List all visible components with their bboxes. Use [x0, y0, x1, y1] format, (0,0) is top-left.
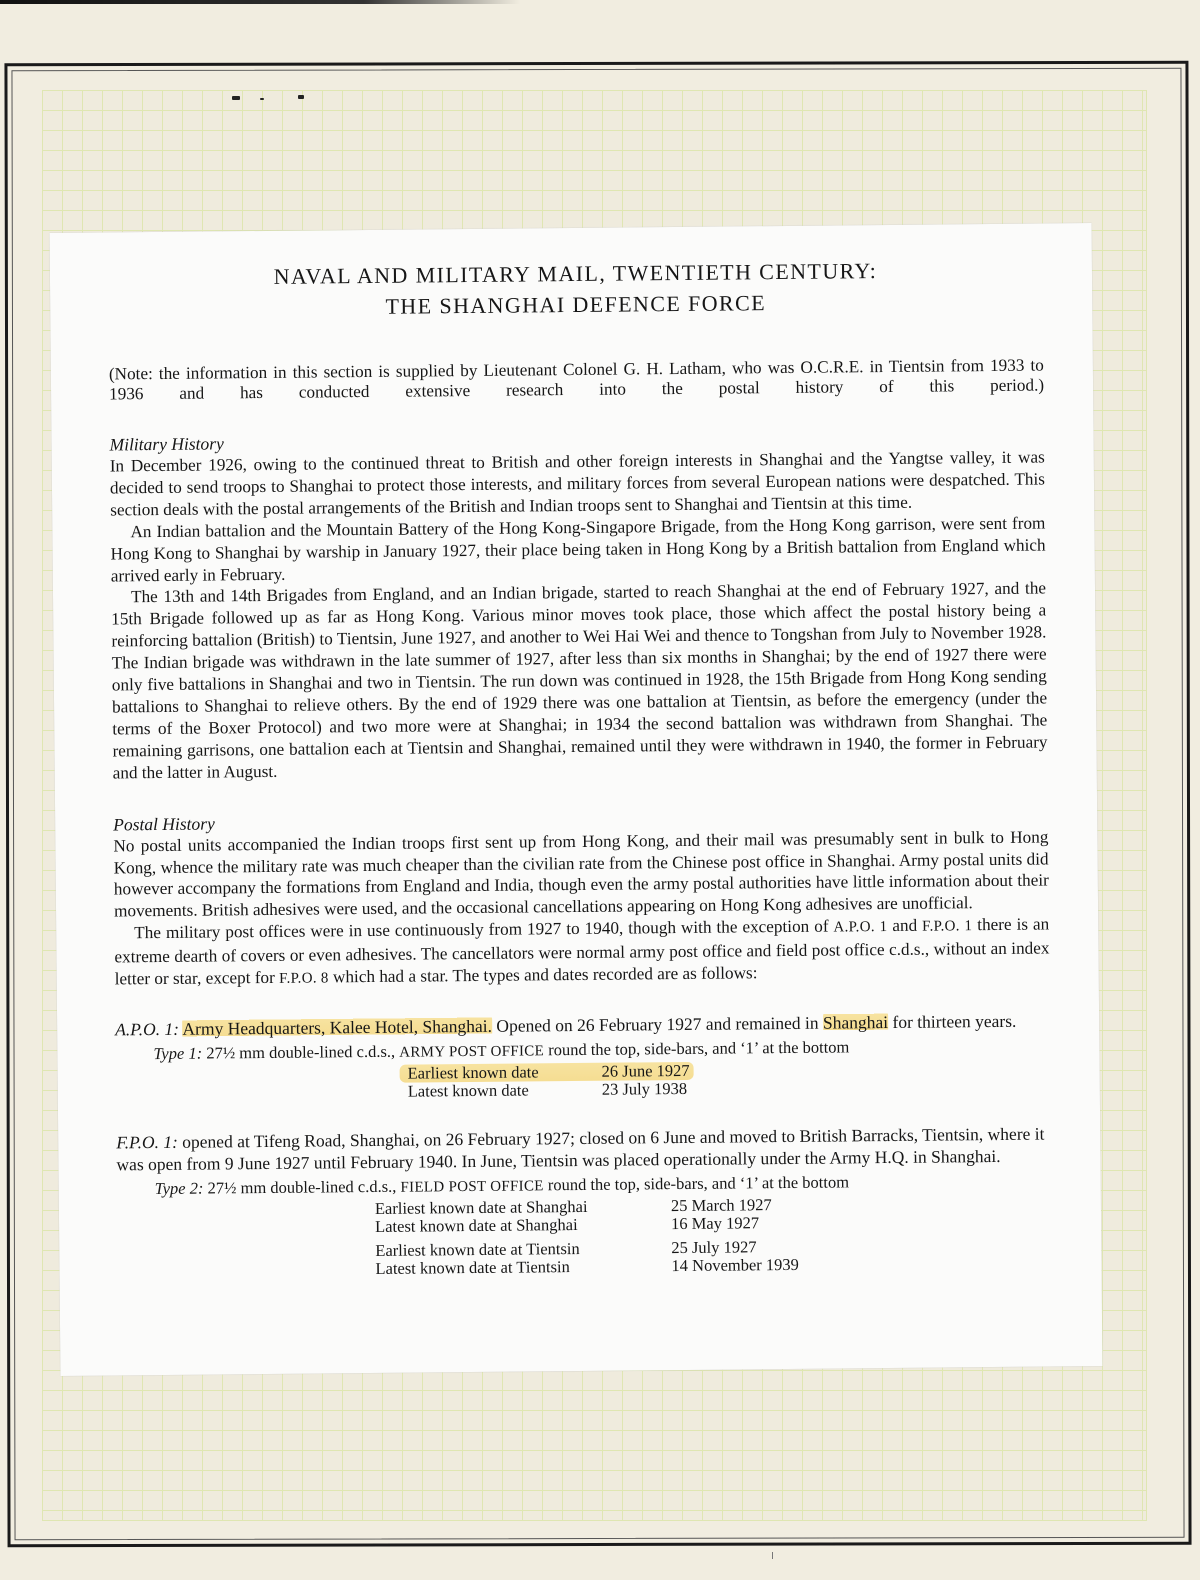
hinge-mark-icon	[232, 96, 240, 100]
date-label: Latest known date	[408, 1081, 602, 1101]
text-run: round the top, side-bars, and ‘1’ at the…	[544, 1172, 850, 1194]
apo1-dates-table: Earliest known date 26 June 1927 Latest …	[408, 1058, 1051, 1100]
apo1-label: A.P.O. 1:	[115, 1019, 179, 1040]
date-label: Latest known date at Shanghai	[375, 1215, 671, 1236]
date-value: 16 May 1927	[671, 1214, 759, 1233]
date-value: 25 March 1927	[671, 1196, 772, 1215]
postmark-inscription: ARMY POST OFFICE	[399, 1043, 544, 1060]
fpo1-dates-table: Earliest known date at Shanghai 25 March…	[375, 1193, 1053, 1277]
type-label: Type 1:	[153, 1044, 202, 1063]
date-row: Latest known date at Tientsin 14 Novembe…	[375, 1253, 1052, 1277]
hinge-mark-icon	[260, 98, 264, 100]
date-value: 26 June 1927	[602, 1062, 690, 1081]
highlighted-location: Army Headquarters, Kalee Hotel, Shanghai…	[182, 1016, 492, 1039]
date-label: Latest known date at Tientsin	[375, 1257, 671, 1278]
printed-insert: NAVAL AND MILITARY MAIL, TWENTIETH CENTU…	[50, 223, 1103, 1376]
fpo-ref: F.P.O. 1	[922, 918, 972, 934]
apo1-entry: A.P.O. 1: Army Headquarters, Kalee Hotel…	[115, 1009, 1050, 1040]
scan-edge-shadow	[0, 0, 520, 4]
postal-history-paragraph: The military post offices were in use co…	[114, 914, 1050, 993]
pencil-mark	[772, 1552, 773, 1559]
source-note: (Note: the information in this section i…	[109, 355, 1044, 404]
insert-content: NAVAL AND MILITARY MAIL, TWENTIETH CENTU…	[108, 253, 1053, 1280]
postal-history-paragraph: No postal units accompanied the Indian t…	[113, 826, 1049, 923]
text-run: round the top, side-bars, and ‘1’ at the…	[544, 1037, 850, 1059]
text-run: for thirteen years.	[888, 1011, 1016, 1032]
text-run: which had a star. The types and dates re…	[329, 963, 758, 986]
text-run: The military post offices were in use co…	[134, 917, 833, 943]
type-label: Type 2:	[155, 1179, 204, 1198]
date-value: 23 July 1938	[602, 1080, 687, 1099]
hinge-mark-icon	[298, 95, 304, 99]
page-title: NAVAL AND MILITARY MAIL, TWENTIETH CENTU…	[108, 253, 1044, 324]
text-run: mm double-lined c.d.s.,	[236, 1177, 400, 1198]
highlighted-place: Shanghai	[823, 1012, 888, 1033]
military-history-paragraph: The 13th and 14th Brigades from England,…	[111, 578, 1048, 784]
type-size: 27½	[207, 1178, 236, 1197]
text-run: and	[887, 916, 922, 935]
apo-ref: A.P.O. 1	[833, 919, 887, 936]
date-label: Earliest known date	[408, 1063, 602, 1083]
date-row: Latest known date 23 July 1938	[408, 1076, 1051, 1100]
fpo1-label: F.P.O. 1:	[116, 1132, 178, 1153]
type-size: 27½	[206, 1043, 235, 1062]
postmark-inscription: FIELD POST OFFICE	[400, 1178, 543, 1195]
title-line-2: THE SHANGHAI DEFENCE FORCE	[385, 290, 766, 319]
text-run: Opened on 26 February 1927 and remained …	[492, 1013, 823, 1036]
title-line-1: NAVAL AND MILITARY MAIL, TWENTIETH CENTU…	[274, 258, 878, 289]
text-run: mm double-lined c.d.s.,	[235, 1042, 399, 1063]
military-history-paragraph: An Indian battalion and the Mountain Bat…	[110, 512, 1046, 587]
date-value: 25 July 1927	[671, 1238, 756, 1257]
fpo1-entry: F.P.O. 1: opened at Tifeng Road, Shangha…	[116, 1122, 1051, 1175]
fpo8-ref: F.P.O. 8	[279, 970, 329, 986]
date-value: 14 November 1939	[671, 1256, 799, 1275]
text-run: opened at Tifeng Road, Shanghai, on 26 F…	[116, 1123, 1044, 1174]
military-history-paragraph: In December 1926, owing to the continued…	[110, 446, 1046, 521]
